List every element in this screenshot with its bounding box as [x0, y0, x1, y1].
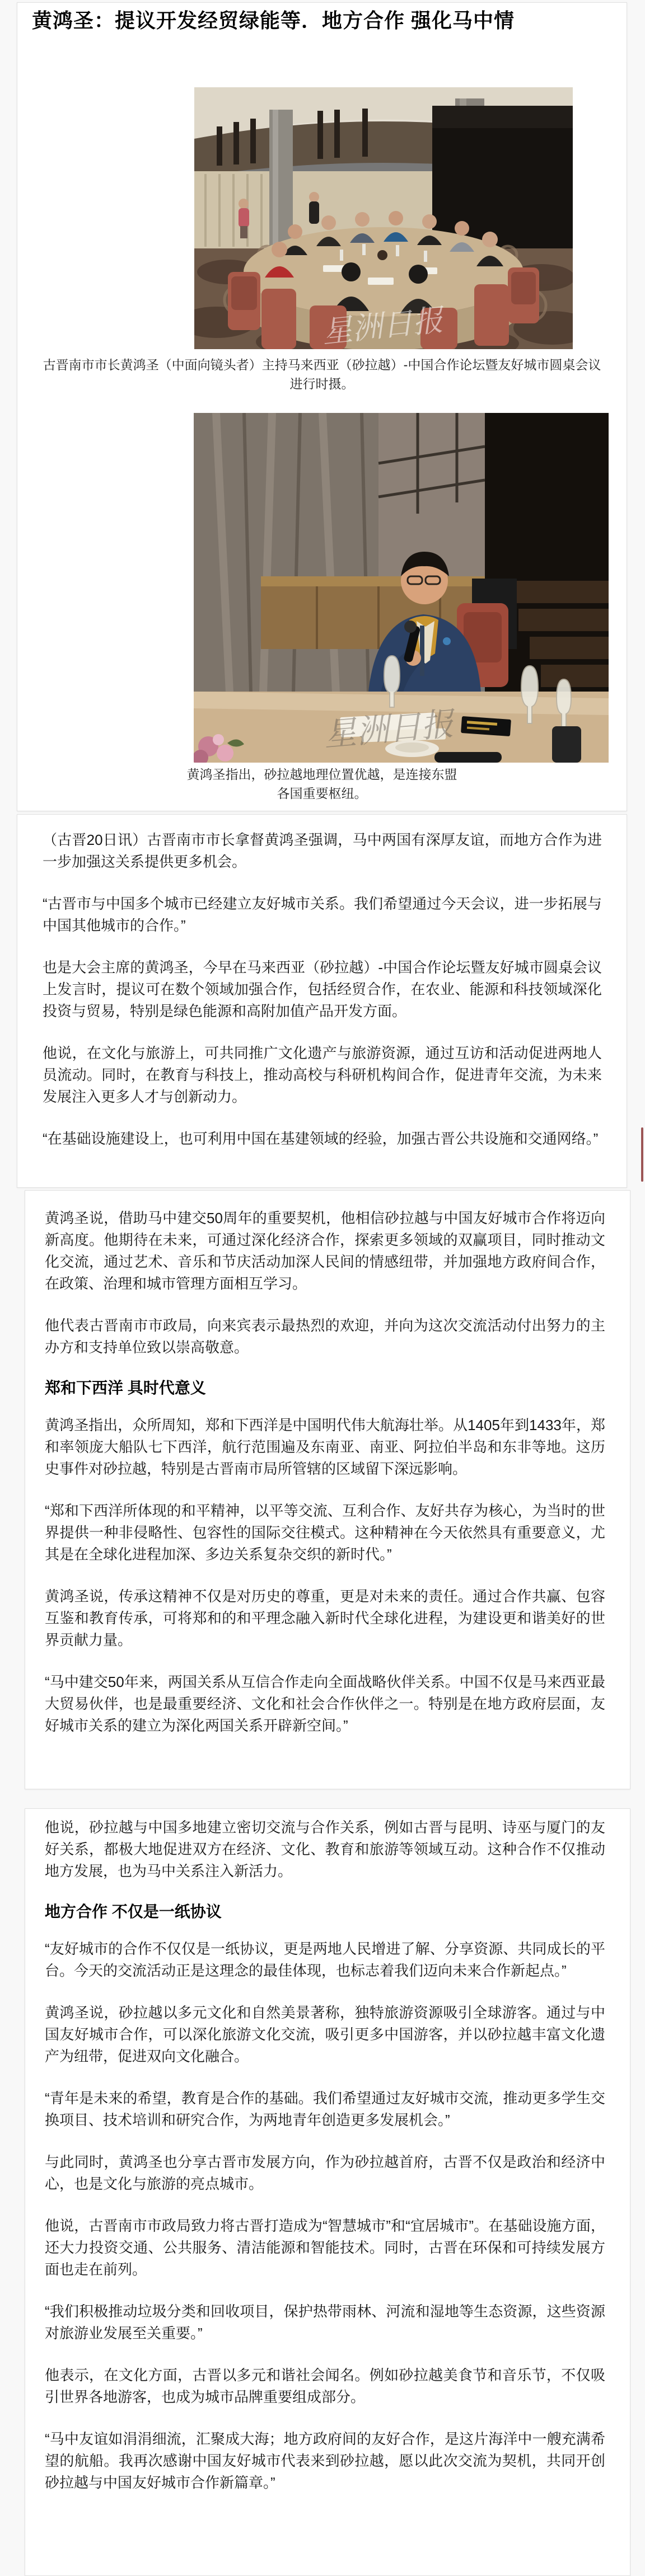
paragraph: 他说，古晋南市市政局致力将古晋打造成为“智慧城市”和“宜居城市”。在基础设施方面…: [45, 2215, 605, 2281]
paragraph: 他表示，在文化方面，古晋以多元和谐社会闻名。例如砂拉越美食节和音乐节，不仅吸引世…: [45, 2365, 605, 2408]
scrollbar-thumb[interactable]: [641, 1127, 643, 1182]
photo2-caption-line1: 黄鸿圣指出，砂拉越地理位置优越，是连接东盟: [17, 765, 627, 784]
photo1-caption-line1: 古晋南市市长黄鸿圣（中面向镜头者）主持马来西亚（砂拉越）-中国合作论坛暨友好城市…: [17, 355, 627, 374]
page-title: 黄鸿圣：提议开发经贸绿能等．地方合作 强化马中情: [32, 8, 515, 33]
paragraph: （古晋20日讯）古晋南市市长拿督黄鸿圣强调，马中两国有深厚友谊，而地方合作为进一…: [43, 829, 602, 873]
article-header-card: 黄鸿圣：提议开发经贸绿能等．地方合作 强化马中情: [17, 2, 627, 811]
paragraph: “郑和下西洋所体现的和平精神，以平等交流、互利合作、友好共存为核心，为当时的世界…: [45, 1500, 605, 1566]
paragraph: 黄鸿圣说，砂拉越以多元文化和自然美景著称，独特旅游资源吸引全球游客。通过与中国友…: [45, 2002, 605, 2067]
roundtable-meeting-illustration: 星洲日报: [194, 87, 573, 349]
photo1-caption-line2: 进行时摄。: [17, 374, 627, 393]
paragraph: 他代表古晋南市市政局，向来宾表示最热烈的欢迎，并向为这次交流活动付出努力的主办方…: [45, 1315, 605, 1358]
paragraph: 黄鸿圣说，借助马中建交50周年的重要契机，他相信砂拉越与中国友好城市合作将迈向新…: [45, 1207, 605, 1295]
paragraph: “友好城市的合作不仅仅是一纸协议，更是两地人民增进了解、分享资源、共同成长的平台…: [45, 1938, 605, 1982]
mayor-speaking-illustration: 星洲日报: [194, 413, 609, 763]
paragraph: 黄鸿圣说，传承这精神不仅是对历史的尊重，更是对未来的责任。通过合作共赢、包容互鉴…: [45, 1586, 605, 1651]
article-section-lead: （古晋20日讯）古晋南市市长拿督黄鸿圣强调，马中两国有深厚友谊，而地方合作为进一…: [17, 814, 627, 1188]
photo1-caption: 古晋南市市长黄鸿圣（中面向镜头者）主持马来西亚（砂拉越）-中国合作论坛暨友好城市…: [17, 355, 627, 393]
mayor-speaking-photo: 星洲日报: [194, 413, 609, 763]
roundtable-meeting-photo: 星洲日报: [194, 87, 573, 349]
standing-attendant-figure: [309, 192, 319, 224]
paragraph: 黄鸿圣指出，众所周知，郑和下西洋是中国明代伟大航海壮举。从1405年到1433年…: [45, 1414, 605, 1480]
paragraph: “古晋市与中国多个城市已经建立友好城市关系。我们希望通过今天会议，进一步拓展与中…: [43, 893, 602, 937]
section-heading-local-cooperation: 地方合作 不仅是一纸协议: [45, 1902, 605, 1921]
paragraph: “马中建交50年来，两国关系从互信合作走向全面战略伙伴关系。中国不仅是马来西亚最…: [45, 1671, 605, 1737]
paragraph: 也是大会主席的黄鸿圣，今早在马来西亚（砂拉越）-中国合作论坛暨友好城市圆桌会议上…: [43, 957, 602, 1022]
article-section-zhenghe: 黄鸿圣说，借助马中建交50周年的重要契机，他相信砂拉越与中国友好城市合作将迈向新…: [25, 1190, 630, 1789]
article-section-local-cooperation: 他说，砂拉越与中国多地建立密切交流与合作关系，例如古晋与昆明、诗巫与厦门的友好关…: [25, 1808, 630, 2576]
photo2-caption: 黄鸿圣指出，砂拉越地理位置优越，是连接东盟 各国重要枢纽。: [17, 765, 627, 803]
paragraph: 他说，砂拉越与中国多地建立密切交流与合作关系，例如古晋与昆明、诗巫与厦门的友好关…: [45, 1817, 605, 1882]
photo2-caption-line2: 各国重要枢纽。: [17, 784, 627, 803]
paragraph: “在基础设施建设上，也可利用中国在基建领域的经验，加强古晋公共设施和交通网络。”: [43, 1128, 602, 1150]
name-card: [461, 716, 511, 736]
article-page: { "colors": { "accent_red": "#9c5555" },…: [0, 0, 645, 2576]
section-heading-zhenghe: 郑和下西洋 具时代意义: [45, 1379, 605, 1398]
paragraph: “马中友谊如涓涓细流，汇聚成大海；地方政府间的友好合作，是这片海洋中一艘充满希望…: [45, 2428, 605, 2494]
paragraph: “青年是未来的希望，教育是合作的基础。我们希望通过友好城市交流，推动更多学生交换…: [45, 2088, 605, 2131]
paragraph: 与此同时，黄鸿圣也分享古晋市发展方向，作为砂拉越首府，古晋不仅是政治和经济中心，…: [45, 2151, 605, 2195]
paragraph: “我们积极推动垃圾分类和回收项目，保护热带雨林、河流和湿地等生态资源，这些资源对…: [45, 2301, 605, 2344]
paragraph: 他说，在文化与旅游上，可共同推广文化遗产与旅游资源，通过互访和活动促进两地人员流…: [43, 1042, 602, 1108]
